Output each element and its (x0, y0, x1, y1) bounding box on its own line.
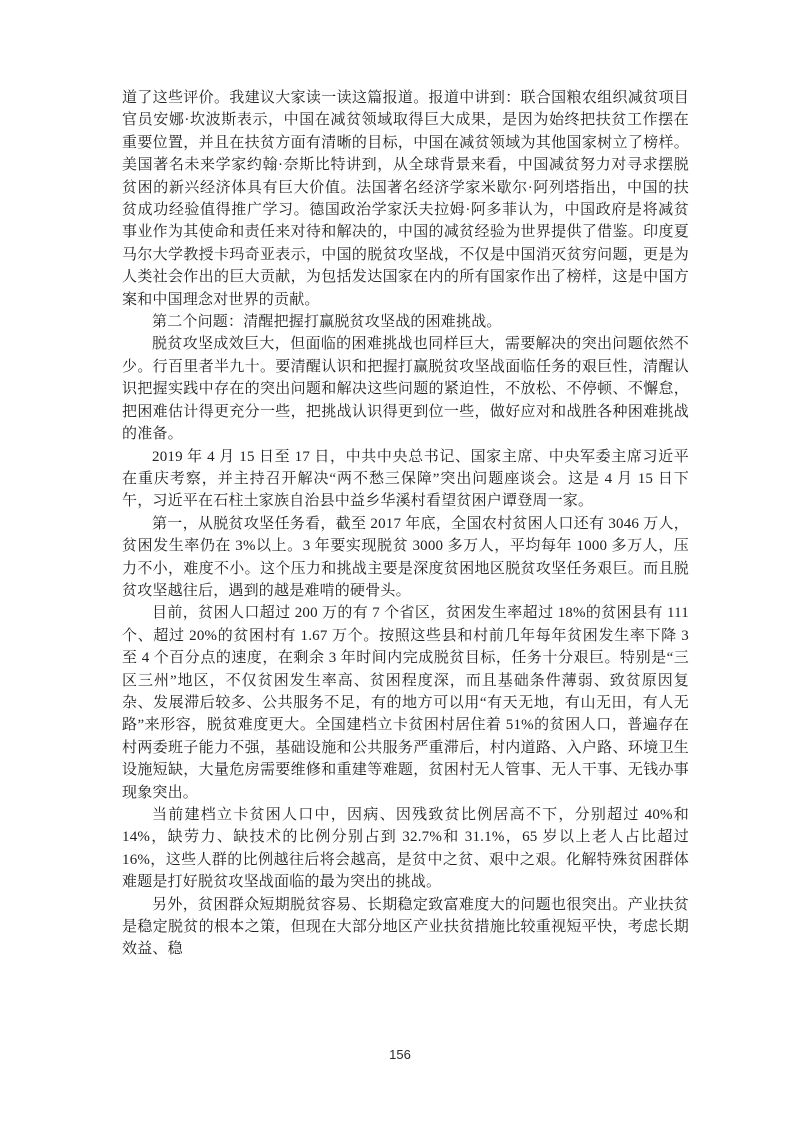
paragraph-current-situation: 目前，贫困人口超过 200 万的有 7 个省区，贫困发生率超过 18%的贫困县有… (122, 602, 689, 804)
page-number: 156 (0, 1047, 800, 1062)
paragraph-special-groups: 当前建档立卡贫困人口中，因病、因残致贫比例居高不下，分别超过 40%和 14%，… (122, 804, 689, 894)
paragraph-question-heading: 第二个问题：清醒把握打赢脱贫攻坚战的困难挑战。 (122, 311, 689, 333)
paragraph-additional-issue: 另外，贫困群众短期脱贫容易、长期稳定致富难度大的问题也很突出。产业扶贫是稳定脱贫… (122, 894, 689, 961)
paragraph-photo-caption: 2019 年 4 月 15 日至 17 日，中共中央总书记、国家主席、中央军委主… (122, 446, 689, 513)
paragraph-overview: 脱贫攻坚成效巨大，但面临的困难挑战也同样巨大，需要解决的突出问题依然不少。行百里… (122, 333, 689, 445)
document-page: 道了这些评价。我建议大家读一读这篇报道。报道中讲到：联合国粮农组织减贫项目官员安… (0, 0, 800, 1133)
paragraph-continuation: 道了这些评价。我建议大家读一读这篇报道。报道中讲到：联合国粮农组织减贫项目官员安… (122, 87, 689, 311)
paragraph-first-point: 第一，从脱贫攻坚任务看，截至 2017 年底，全国农村贫困人口还有 3046 万… (122, 513, 689, 603)
text-content: 道了这些评价。我建议大家读一读这篇报道。报道中讲到：联合国粮农组织减贫项目官员安… (122, 87, 689, 961)
